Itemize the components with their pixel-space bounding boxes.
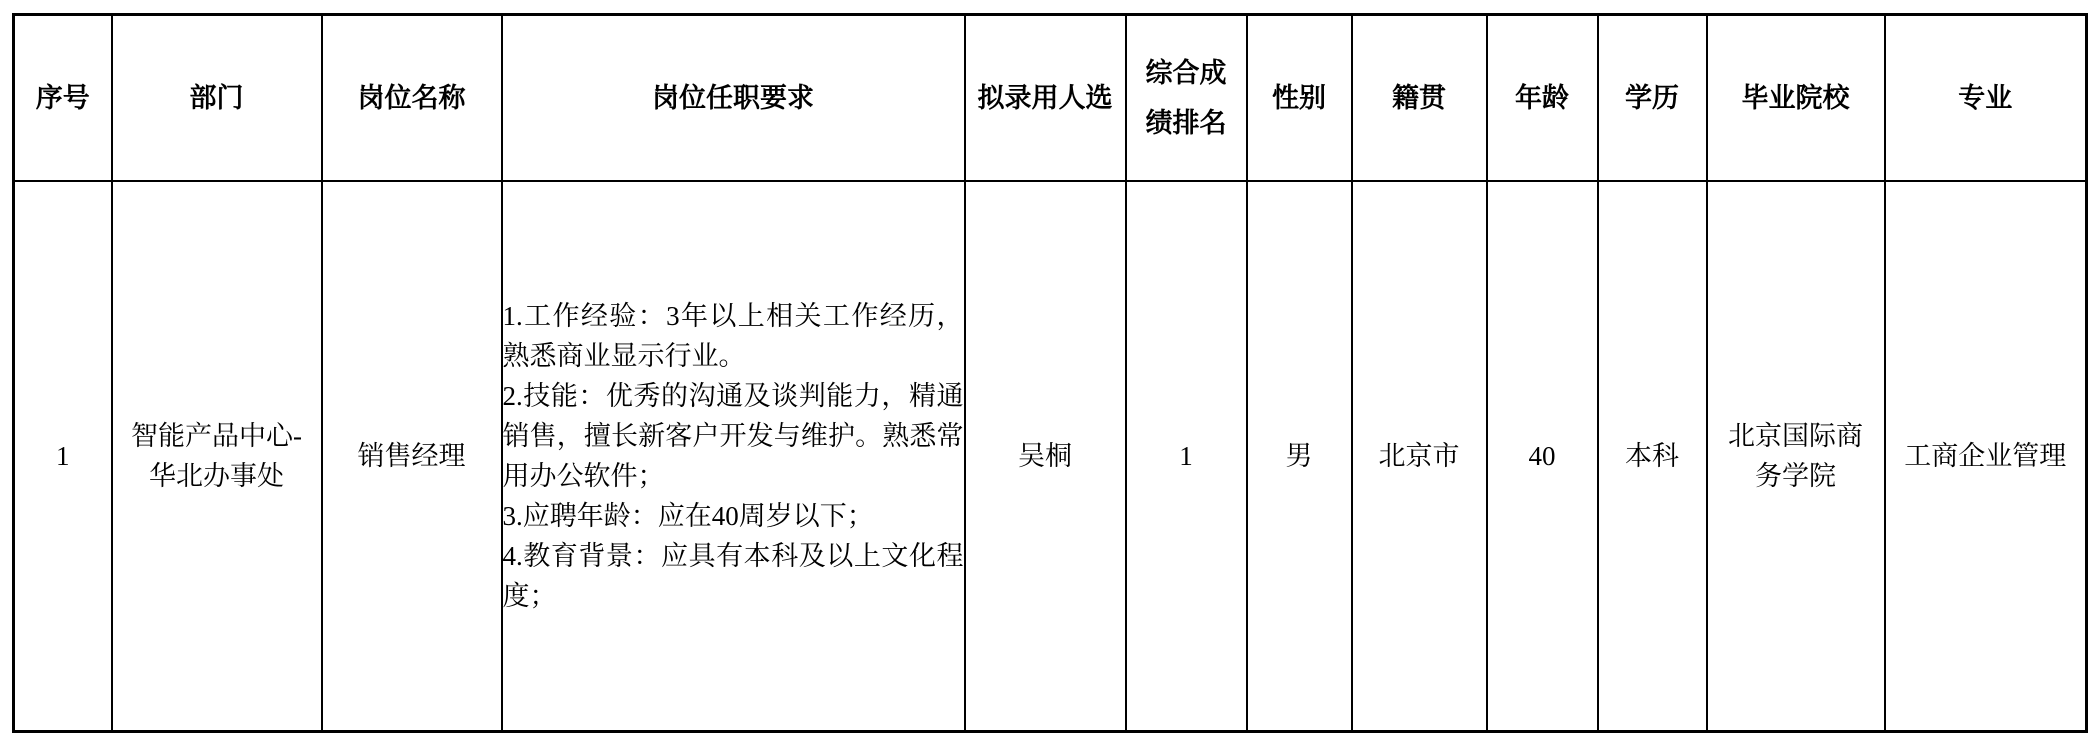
column-header-education: 学历 xyxy=(1598,15,1707,182)
column-header-native-place: 籍贯 xyxy=(1352,15,1487,182)
school-line-1: 北京国际商 xyxy=(1708,416,1884,456)
column-header-serial: 序号 xyxy=(14,15,112,182)
cell-position: 销售经理 xyxy=(322,181,502,732)
column-header-requirements: 岗位任职要求 xyxy=(502,15,965,182)
cell-school: 北京国际商 务学院 xyxy=(1707,181,1885,732)
column-header-school: 毕业院校 xyxy=(1707,15,1885,182)
cell-native-place: 北京市 xyxy=(1352,181,1487,732)
cell-rank: 1 xyxy=(1126,181,1247,732)
cell-major: 工商企业管理 xyxy=(1885,181,2087,732)
column-header-department: 部门 xyxy=(112,15,322,182)
school-line-2: 务学院 xyxy=(1708,456,1884,496)
column-header-major: 专业 xyxy=(1885,15,2087,182)
document-page: 序号 部门 岗位名称 岗位任职要求 拟录用人选 综合成绩排名 性别 籍贯 年龄 … xyxy=(0,0,2094,744)
column-header-rank: 综合成绩排名 xyxy=(1126,15,1247,182)
requirement-item-1: 1.工作经验：3年以上相关工作经历，熟悉商业显示行业。 xyxy=(503,296,964,376)
cell-education: 本科 xyxy=(1598,181,1707,732)
cell-serial: 1 xyxy=(14,181,112,732)
cell-requirements: 1.工作经验：3年以上相关工作经历，熟悉商业显示行业。 2.技能：优秀的沟通及谈… xyxy=(502,181,965,732)
cell-candidate: 吴桐 xyxy=(965,181,1126,732)
department-line-1: 智能产品中心- xyxy=(113,416,321,456)
table-row: 1 智能产品中心- 华北办事处 销售经理 1.工作经验：3年以上相关工作经历，熟… xyxy=(14,181,2087,732)
column-header-gender: 性别 xyxy=(1247,15,1352,182)
column-header-position: 岗位名称 xyxy=(322,15,502,182)
column-header-age: 年龄 xyxy=(1487,15,1598,182)
cell-gender: 男 xyxy=(1247,181,1352,732)
column-header-rank-label: 综合成绩排名 xyxy=(1143,48,1228,148)
requirement-item-4: 4.教育背景：应具有本科及以上文化程度； xyxy=(503,536,964,616)
cell-age: 40 xyxy=(1487,181,1598,732)
requirement-item-3: 3.应聘年龄：应在40周岁以下； xyxy=(503,496,964,536)
column-header-candidate: 拟录用人选 xyxy=(965,15,1126,182)
requirement-item-2: 2.技能：优秀的沟通及谈判能力，精通销售，擅长新客户开发与维护。熟悉常用办公软件… xyxy=(503,376,964,496)
cell-department: 智能产品中心- 华北办事处 xyxy=(112,181,322,732)
recruitment-table: 序号 部门 岗位名称 岗位任职要求 拟录用人选 综合成绩排名 性别 籍贯 年龄 … xyxy=(12,13,2088,733)
department-line-2: 华北办事处 xyxy=(113,456,321,496)
table-header-row: 序号 部门 岗位名称 岗位任职要求 拟录用人选 综合成绩排名 性别 籍贯 年龄 … xyxy=(14,15,2087,182)
